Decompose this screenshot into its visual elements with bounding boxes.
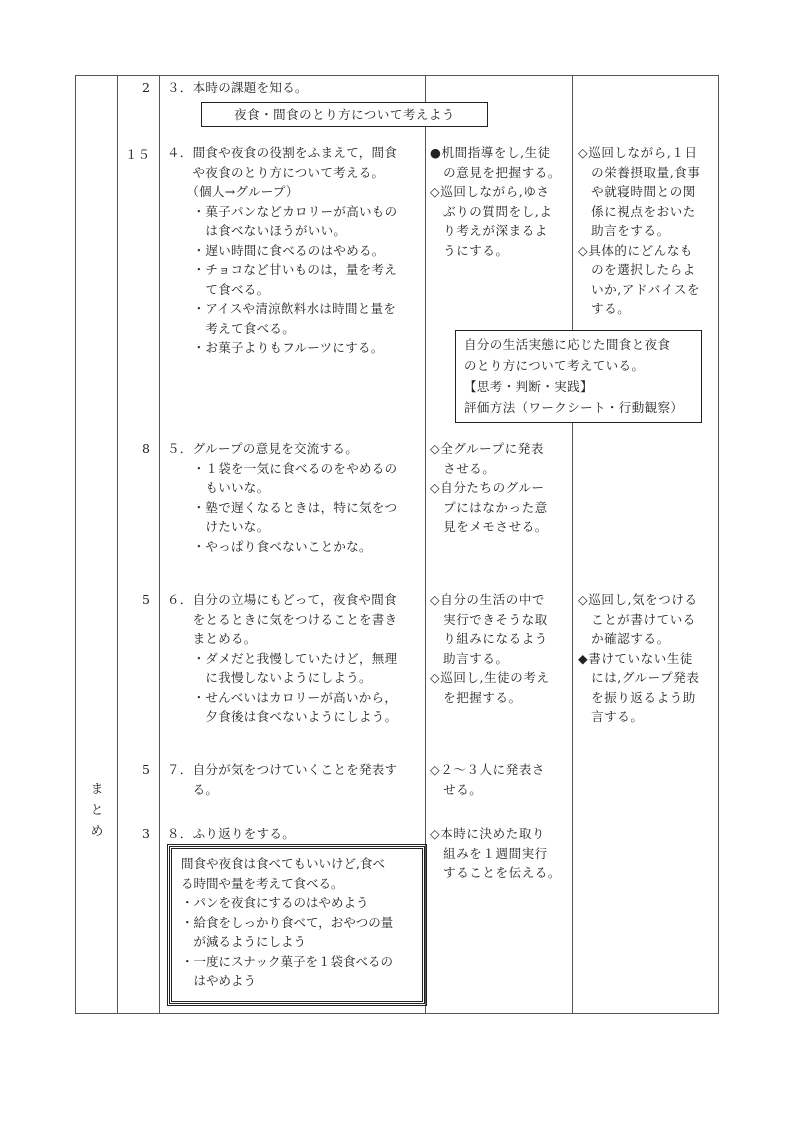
support-line: プにはなかった意 xyxy=(430,498,548,518)
support-line: 見をメモさせる。 xyxy=(430,517,548,537)
step-line: をとるときに気をつけることを書き xyxy=(167,610,397,630)
teacher-support-step-6: ◇自分の生活の中で 実行できそうな取 り組みになるよう 助言する。 ◇巡回し,生… xyxy=(430,590,550,707)
step-line: ４．間食や夜食の役割をふまえて，間食 xyxy=(167,143,397,163)
step-5: ５．グループの意見を交流する。 ・１袋を一気に食べるのをやめるの もいいな。 ・… xyxy=(167,439,397,556)
evaluation-line: ◇巡回し,気をつける xyxy=(578,590,699,610)
step-line: ・やっぱり食べないことかな。 xyxy=(167,537,397,557)
step-line: ・アイスや清涼飲料水は時間と量を xyxy=(167,299,397,319)
evaluation-line: 係に視点をおいた xyxy=(578,202,700,222)
evaluation-line: いか,アドバイスを xyxy=(578,280,700,300)
minutes: １５ xyxy=(120,145,150,163)
teacher-support-step-7: ◇２～３人に発表さ せる。 xyxy=(430,760,545,799)
summary-line: ・一度にスナック菓子を１袋食べるの xyxy=(181,952,422,972)
evaluation-line: には,グループ発表 xyxy=(578,668,699,688)
step-line: （個人→グループ） xyxy=(167,182,397,202)
step-6: ６．自分の立場にもどって，夜食や間食 をとるときに気をつけることを書き まとめる… xyxy=(167,590,397,727)
step-line: ３．本時の課題を知る。 xyxy=(167,78,308,98)
evaluation-line: 助言をする。 xyxy=(578,221,700,241)
summary-line: が減るようにしよう xyxy=(181,932,422,952)
minutes: 3 xyxy=(120,826,150,841)
step-line: ８．ふり返りをする。 xyxy=(167,824,295,844)
summary-line: ・パンを夜食にするのはやめよう xyxy=(181,893,422,913)
step-line: 夕食後は食べないようにしよう。 xyxy=(167,707,397,727)
phase-char: め xyxy=(90,820,104,841)
lesson-plan-page: ま と め 2 １５ 8 5 5 3 ３．本時の課題を知る。 夜食・間食のとり方… xyxy=(0,0,794,1122)
support-line: ●机間指導をし,生徒 xyxy=(430,143,561,163)
step-line: 考えて食べる。 xyxy=(167,319,397,339)
step-7: ７．自分が気をつけていくことを発表す る。 xyxy=(167,760,397,799)
assessment-criteria-box: 自分の生活実態に応じた間食と夜食 のとり方について考えている。 【思考・判断・実… xyxy=(455,330,702,423)
support-line: ◇巡回し,生徒の考え xyxy=(430,668,550,688)
assessment-line: 【思考・判断・実践】 xyxy=(464,376,701,397)
support-line: の意見を把握する。 xyxy=(430,163,561,183)
evaluation-line: か確認する。 xyxy=(578,629,699,649)
support-line: することを伝える。 xyxy=(430,863,561,883)
support-line: 実行できそうな取 xyxy=(430,610,550,630)
step-line: ７．自分が気をつけていくことを発表す xyxy=(167,760,397,780)
support-line: 助言する。 xyxy=(430,649,550,669)
step-line: ・チョコなど甘いものは，量を考え xyxy=(167,260,397,280)
evaluation-line: 言する。 xyxy=(578,707,699,727)
evaluation-line: を振り返るよう助 xyxy=(578,688,699,708)
support-line: ◇全グループに発表 xyxy=(430,439,548,459)
step-line: ・塾で遅くなるときは，特に気をつ xyxy=(167,498,397,518)
column-divider xyxy=(117,75,118,1014)
step-line: は食べないほうがいい。 xyxy=(167,221,397,241)
evaluation-step-4: ◇巡回しながら,１日 の栄養摂取量,食事 や就寝時間との関 係に視点をおいた 助… xyxy=(578,143,700,319)
summary-line: ・給食をしっかり食べて，おやつの量 xyxy=(181,913,422,933)
step-line: て食べる。 xyxy=(167,280,397,300)
support-line: り考えが深まるよ xyxy=(430,221,561,241)
support-line: ぶりの質問をし,よ xyxy=(430,202,561,222)
summary-line: 間食や夜食は食べてもいいけど,食べ xyxy=(181,854,422,874)
step-line: や夜食のとり方について考える。 xyxy=(167,163,397,183)
evaluation-line: ◇具体的にどんなも xyxy=(578,241,700,261)
minutes: 8 xyxy=(120,441,150,456)
step-line: けたいな。 xyxy=(167,517,397,537)
step-4: ４．間食や夜食の役割をふまえて，間食 や夜食のとり方について考える。 （個人→グ… xyxy=(167,143,397,358)
support-line: ◇本時に決めた取り xyxy=(430,824,561,844)
support-line: ◇自分の生活の中で xyxy=(430,590,550,610)
teacher-support-step-4: ●机間指導をし,生徒 の意見を把握する。 ◇巡回しながら,ゆさ ぶりの質問をし,… xyxy=(430,143,561,260)
minutes: 2 xyxy=(120,80,150,95)
step-line: ５．グループの意見を交流する。 xyxy=(167,439,397,459)
evaluation-line: ◇巡回しながら,１日 xyxy=(578,143,700,163)
phase-char: ま xyxy=(90,778,104,799)
support-line: ◇巡回しながら,ゆさ xyxy=(430,182,561,202)
support-line: うにする。 xyxy=(430,241,561,261)
assessment-line: 評価方法（ワークシート・行動観察） xyxy=(464,397,701,418)
support-line: させる。 xyxy=(430,459,548,479)
assessment-line: のとり方について考えている。 xyxy=(464,355,701,376)
step-line: ・せんべいはカロリーが高いから， xyxy=(167,688,397,708)
support-line: を把握する。 xyxy=(430,688,550,708)
evaluation-step-6: ◇巡回し,気をつける ことが書けている か確認する。 ◆書けていない生徒 には,… xyxy=(578,590,699,727)
column-divider xyxy=(159,75,160,1014)
evaluation-line: や就寝時間との関 xyxy=(578,182,700,202)
step-line: ・遅い時間に食べるのはやめる。 xyxy=(167,241,397,261)
column-divider xyxy=(572,75,573,1014)
step-line: ・１袋を一気に食べるのをやめるの xyxy=(167,459,397,479)
step-line: まとめる。 xyxy=(167,629,397,649)
assessment-line: 自分の生活実態に応じた間食と夜食 xyxy=(464,334,701,355)
column-divider xyxy=(425,75,426,1014)
phase-label: ま と め xyxy=(90,778,104,841)
evaluation-line: する。 xyxy=(578,299,700,319)
step-line: る。 xyxy=(167,780,397,800)
step-line: もいいな。 xyxy=(167,478,397,498)
step-line: ・ダメだと我慢していたけど，無理 xyxy=(167,649,397,669)
support-line: ◇自分たちのグルー xyxy=(430,478,548,498)
evaluation-line: ◆書けていない生徒 xyxy=(578,649,699,669)
step-line: ・お菓子よりもフルーツにする。 xyxy=(167,338,397,358)
support-line: せる。 xyxy=(430,780,545,800)
evaluation-line: ことが書けている xyxy=(578,610,699,630)
minutes: 5 xyxy=(120,592,150,607)
summary-line: はやめよう xyxy=(181,971,422,991)
evaluation-line: のを選択したらよ xyxy=(578,260,700,280)
step-line: ６．自分の立場にもどって，夜食や間食 xyxy=(167,590,397,610)
minutes: 5 xyxy=(120,762,150,777)
teacher-support-step-5: ◇全グループに発表 させる。 ◇自分たちのグルー プにはなかった意 見をメモさせ… xyxy=(430,439,548,537)
evaluation-line: の栄養摂取量,食事 xyxy=(578,163,700,183)
summary-line: る時間や量を考えて食べる。 xyxy=(181,874,422,894)
support-line: ◇２～３人に発表さ xyxy=(430,760,545,780)
step-3: ３．本時の課題を知る。 xyxy=(167,78,308,98)
summary-box: 間食や夜食は食べてもいいけど,食べ る時間や量を考えて食べる。 ・パンを夜食にす… xyxy=(169,846,425,1004)
teacher-support-step-8: ◇本時に決めた取り 組みを１週間実行 することを伝える。 xyxy=(430,824,561,883)
step-line: ・菓子パンなどカロリーが高いもの xyxy=(167,202,397,222)
phase-char: と xyxy=(90,799,104,820)
support-line: り組みになるよう xyxy=(430,629,550,649)
support-line: 組みを１週間実行 xyxy=(430,844,561,864)
lesson-topic-box: 夜食・間食のとり方について考えよう xyxy=(201,102,488,127)
step-8: ８．ふり返りをする。 xyxy=(167,824,295,844)
step-line: に我慢しないようにしよう。 xyxy=(167,668,397,688)
